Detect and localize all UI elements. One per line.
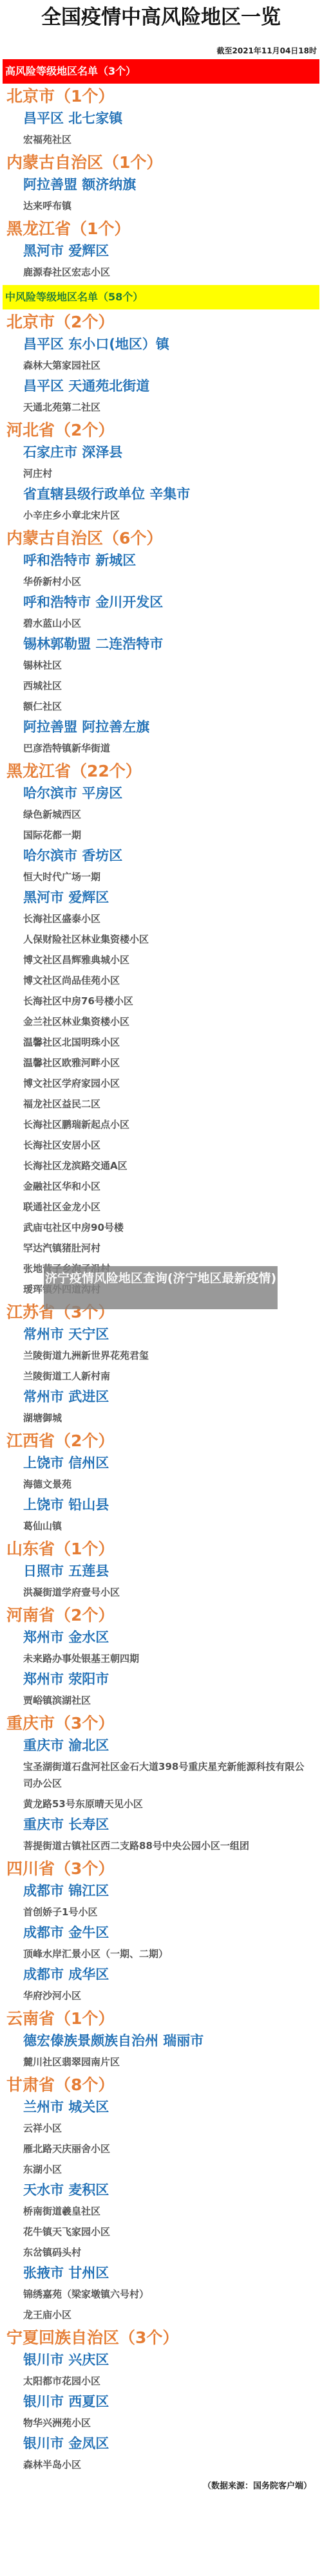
city-district: 哈尔滨市 香坊区 — [0, 845, 322, 867]
city-district: 昌平区 天通苑北街道 — [0, 376, 322, 397]
mid-risk-list: 北京市（2个）昌平区 东小口(地区）镇森林大第家园社区昌平区 天通苑北街道天通北… — [0, 311, 322, 2475]
city-district: 阿拉善盟 额济纳旗 — [0, 174, 322, 196]
risk-area-item: 华府沙河小区 — [0, 1985, 322, 2006]
city-district: 呼和浩特市 新城区 — [0, 550, 322, 571]
city-district: 上饶市 信州区 — [0, 1453, 322, 1474]
risk-area-item: 联通社区金龙小区 — [0, 1197, 322, 1217]
province-header: 云南省（1个） — [0, 2007, 322, 2030]
risk-area-item: 太阳都市花园小区 — [0, 2371, 322, 2391]
risk-area-item: 绿色新城西区 — [0, 804, 322, 825]
risk-area-item: 天通北苑第二社区 — [0, 397, 322, 418]
city-district: 郑州市 金水区 — [0, 1627, 322, 1648]
city-district: 成都市 金牛区 — [0, 1922, 322, 1944]
province-header: 内蒙古自治区（6个） — [0, 527, 322, 550]
risk-area-item: 华侨新村小区 — [0, 571, 322, 592]
city-district: 兰州市 城关区 — [0, 2097, 322, 2118]
risk-area-item: 巴彦浩特镇新华街道 — [0, 738, 322, 759]
province-header: 北京市（1个） — [0, 85, 322, 108]
city-district: 呼和浩特市 金川开发区 — [0, 592, 322, 613]
city-district: 重庆市 渝北区 — [0, 1735, 322, 1756]
province-header: 甘肃省（8个） — [0, 2074, 322, 2097]
risk-area-item: 罕达汽镇猪肚河村 — [0, 1238, 322, 1258]
province-header: 黑龙江省（1个） — [0, 217, 322, 241]
risk-area-item: 黄龙路53号东原晴天见小区 — [0, 1794, 322, 1814]
risk-area-item: 人保财险社区林业集资楼小区 — [0, 929, 322, 950]
city-district: 银川市 兴庆区 — [0, 2350, 322, 2371]
city-district: 阿拉善盟 阿拉善左旗 — [0, 717, 322, 738]
city-district: 重庆市 长寿区 — [0, 1814, 322, 1835]
city-district: 成都市 锦江区 — [0, 1881, 322, 1902]
province-header: 江西省（2个） — [0, 1430, 322, 1453]
caption-overlay: 济宁疫情风险地区查询(济宁地区最新疫情) — [44, 1266, 278, 1309]
risk-area-item: 海德文景苑 — [0, 1474, 322, 1495]
risk-area-item: 锡林社区 — [0, 655, 322, 676]
risk-area-item: 物华兴洲苑小区 — [0, 2413, 322, 2433]
risk-area-item: 长海社区鹏瑞新起点小区 — [0, 1114, 322, 1135]
risk-area-item: 宝圣湖街道石盘河社区金石大道398号重庆星充新能源科技有限公司办公区 — [0, 1756, 322, 1794]
risk-area-item: 金融社区华和小区 — [0, 1176, 322, 1197]
page-title: 全国疫情中高风险地区一览 — [0, 3, 322, 32]
city-district: 上饶市 铅山县 — [0, 1495, 322, 1516]
high-risk-list: 北京市（1个）昌平区 北七家镇宏福苑社区内蒙古自治区（1个）阿拉善盟 额济纳旗达… — [0, 85, 322, 282]
province-header: 宁夏回族自治区（3个） — [0, 2326, 322, 2350]
province-header: 北京市（2个） — [0, 311, 322, 334]
risk-area-item: 湖塘御城 — [0, 1408, 322, 1428]
risk-area-item: 桥南街道羲皇社区 — [0, 2201, 322, 2222]
province-header: 河南省（2个） — [0, 1604, 322, 1627]
risk-area-item: 东湖小区 — [0, 2159, 322, 2180]
risk-area-item: 菩提街道古镇社区西二支路88号中央公园小区一组团 — [0, 1835, 322, 1856]
page: 全国疫情中高风险地区一览 截至2021年11月04日18时 高风险等级地区名单（… — [0, 0, 322, 2494]
province-header: 内蒙古自治区（1个） — [0, 151, 322, 174]
risk-area-item: 恒大时代广场一期 — [0, 867, 322, 887]
city-district: 昌平区 北七家镇 — [0, 108, 322, 129]
risk-area-item: 国际花都一期 — [0, 825, 322, 845]
risk-area-item: 兰陵街道九洲新世界花苑君玺 — [0, 1345, 322, 1366]
risk-area-item: 西城社区 — [0, 676, 322, 696]
city-district: 常州市 武进区 — [0, 1386, 322, 1408]
province-header: 黑龙江省（22个） — [0, 760, 322, 783]
city-district: 银川市 金凤区 — [0, 2433, 322, 2454]
risk-area-item: 金兰社区林业集资楼小区 — [0, 1011, 322, 1032]
risk-area-item: 花牛镇天飞家园小区 — [0, 2222, 322, 2242]
high-risk-banner: 高风险等级地区名单（3个） — [3, 59, 319, 84]
risk-area-item: 锦绣嘉苑（梁家墩镇六号村） — [0, 2284, 322, 2305]
city-district: 石家庄市 深泽县 — [0, 442, 322, 463]
city-district: 张掖市 甘州区 — [0, 2263, 322, 2284]
city-district: 锡林郭勒盟 二连浩特市 — [0, 634, 322, 655]
risk-area-item: 贾峪镇滨湖社区 — [0, 1690, 322, 1711]
city-district: 成都市 成华区 — [0, 1964, 322, 1985]
city-district: 黑河市 爱辉区 — [0, 241, 322, 262]
city-district: 昌平区 东小口(地区）镇 — [0, 334, 322, 355]
risk-area-item: 葛仙山镇 — [0, 1516, 322, 1536]
risk-area-item: 未来路办事处银基王朝四期 — [0, 1648, 322, 1669]
risk-area-item: 博文社区学府家园小区 — [0, 1073, 322, 1094]
risk-area-item: 森林半岛小区 — [0, 2454, 322, 2475]
risk-area-item: 东岔镇码头村 — [0, 2242, 322, 2263]
province-header: 河北省（2个） — [0, 419, 322, 442]
city-district: 德宏傣族景颇族自治州 瑞丽市 — [0, 2030, 322, 2052]
risk-area-item: 长海社区盛泰小区 — [0, 908, 322, 929]
risk-area-item: 麓川社区翡翠园南片区 — [0, 2052, 322, 2072]
risk-area-item: 长海社区龙滨路交通A区 — [0, 1155, 322, 1176]
data-source: （数据来源：国务院客户端） — [0, 2479, 322, 2494]
risk-area-item: 雁北路天庆丽舍小区 — [0, 2139, 322, 2159]
city-district: 省直辖县级行政单位 辛集市 — [0, 484, 322, 505]
risk-area-item: 博文社区尚品佳苑小区 — [0, 970, 322, 991]
province-header: 山东省（1个） — [0, 1538, 322, 1561]
city-district: 日照市 五莲县 — [0, 1561, 322, 1582]
risk-area-item: 碧水蓝山小区 — [0, 613, 322, 634]
city-district: 郑州市 荥阳市 — [0, 1669, 322, 1690]
risk-area-item: 达来呼布镇 — [0, 196, 322, 216]
as-of-date: 截至2021年11月04日18时 — [0, 44, 322, 58]
city-district: 天水市 麦积区 — [0, 2180, 322, 2201]
risk-area-item: 河庄村 — [0, 463, 322, 484]
risk-area-item: 森林大第家园社区 — [0, 355, 322, 376]
province-header: 四川省（3个） — [0, 1857, 322, 1881]
risk-area-item: 鹿源春社区宏志小区 — [0, 262, 322, 282]
risk-area-item: 温馨社区北国明珠小区 — [0, 1032, 322, 1053]
city-district: 常州市 天宁区 — [0, 1324, 322, 1345]
risk-area-item: 福龙社区益民二区 — [0, 1094, 322, 1114]
risk-area-item: 龙王庙小区 — [0, 2305, 322, 2325]
risk-area-item: 长海社区安居小区 — [0, 1135, 322, 1155]
risk-area-item: 小辛庄乡小章北宋片区 — [0, 505, 322, 526]
risk-area-item: 宏福苑社区 — [0, 129, 322, 150]
city-district: 黑河市 爱辉区 — [0, 887, 322, 908]
province-header: 重庆市（3个） — [0, 1712, 322, 1735]
mid-risk-banner: 中风险等级地区名单（58个） — [3, 285, 319, 309]
city-district: 银川市 西夏区 — [0, 2391, 322, 2413]
risk-area-item: 洪凝街道学府壹号小区 — [0, 1582, 322, 1603]
risk-area-item: 首创娇子1号小区 — [0, 1902, 322, 1922]
risk-area-item: 武庙屯社区中房90号楼 — [0, 1217, 322, 1238]
risk-area-item: 兰陵街道工人新村南 — [0, 1366, 322, 1386]
risk-area-item: 额仁社区 — [0, 696, 322, 717]
risk-area-item: 云祥小区 — [0, 2118, 322, 2139]
risk-area-item: 温馨社区欧雅河畔小区 — [0, 1053, 322, 1073]
risk-area-item: 长海社区中房76号楼小区 — [0, 991, 322, 1011]
risk-area-item: 顶峰水岸汇景小区（一期、二期） — [0, 1944, 322, 1964]
risk-area-item: 博文社区昌辉雅典城小区 — [0, 950, 322, 970]
city-district: 哈尔滨市 平房区 — [0, 783, 322, 804]
